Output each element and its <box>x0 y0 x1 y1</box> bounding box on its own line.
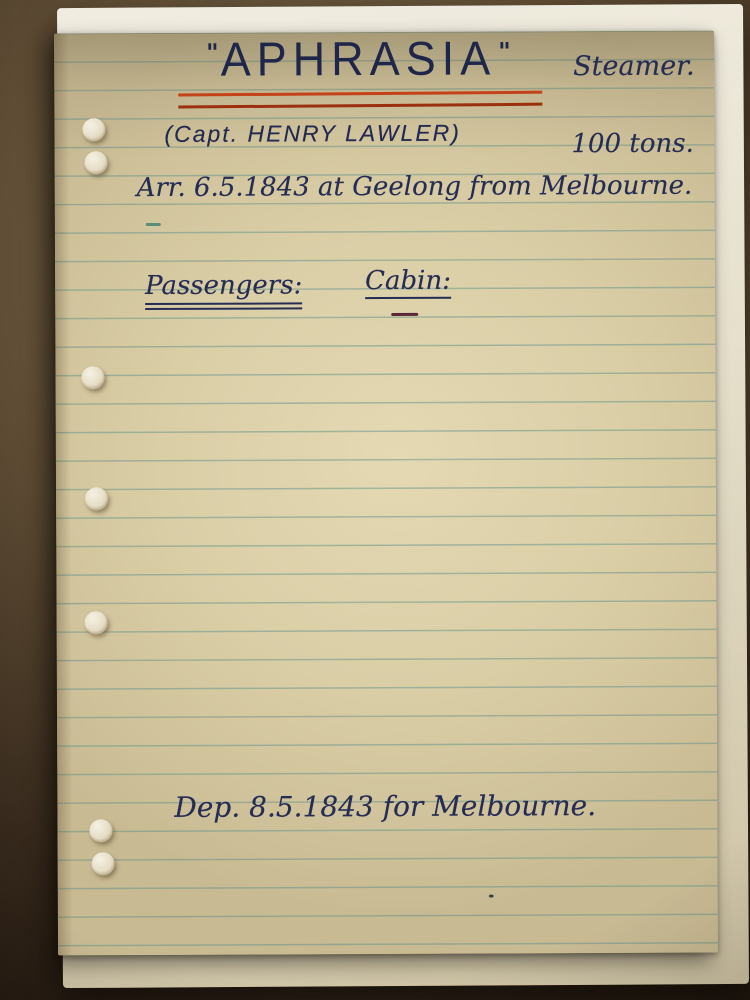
ship-name-title: " APHRASIA " <box>206 33 511 84</box>
passengers-heading: Passengers: <box>145 270 302 310</box>
captain-line: (Capt. HENRY LAWLER) <box>164 120 461 148</box>
stray-pen-mark <box>146 223 161 226</box>
cabin-heading-dash <box>391 313 418 316</box>
punch-hole <box>89 819 112 842</box>
ruled-notepaper: " APHRASIA " Steamer. (Capt. HENRY LAWLE… <box>54 31 718 956</box>
open-quote-mark: " <box>206 41 219 65</box>
vessel-type-text: Steamer. <box>573 51 695 83</box>
red-double-underline <box>178 91 542 109</box>
departure-line: Dep. 8.5.1843 for Melbourne. <box>174 789 596 824</box>
cabin-heading: Cabin: <box>365 266 451 299</box>
photograph-of-document: " APHRASIA " Steamer. (Capt. HENRY LAWLE… <box>0 0 750 1000</box>
punch-hole <box>81 366 104 389</box>
ship-name-text: APHRASIA <box>221 32 497 86</box>
ink-speck <box>489 895 494 898</box>
punch-hole <box>85 487 108 510</box>
arrival-line: Arr. 6.5.1843 at Geelong from Melbourne. <box>137 171 693 203</box>
punch-hole <box>82 118 105 141</box>
punch-hole <box>85 151 108 174</box>
close-quote-mark: " <box>498 39 511 63</box>
punch-hole <box>92 852 115 875</box>
tonnage-text: 100 tons. <box>571 129 693 160</box>
punch-hole <box>85 611 108 634</box>
